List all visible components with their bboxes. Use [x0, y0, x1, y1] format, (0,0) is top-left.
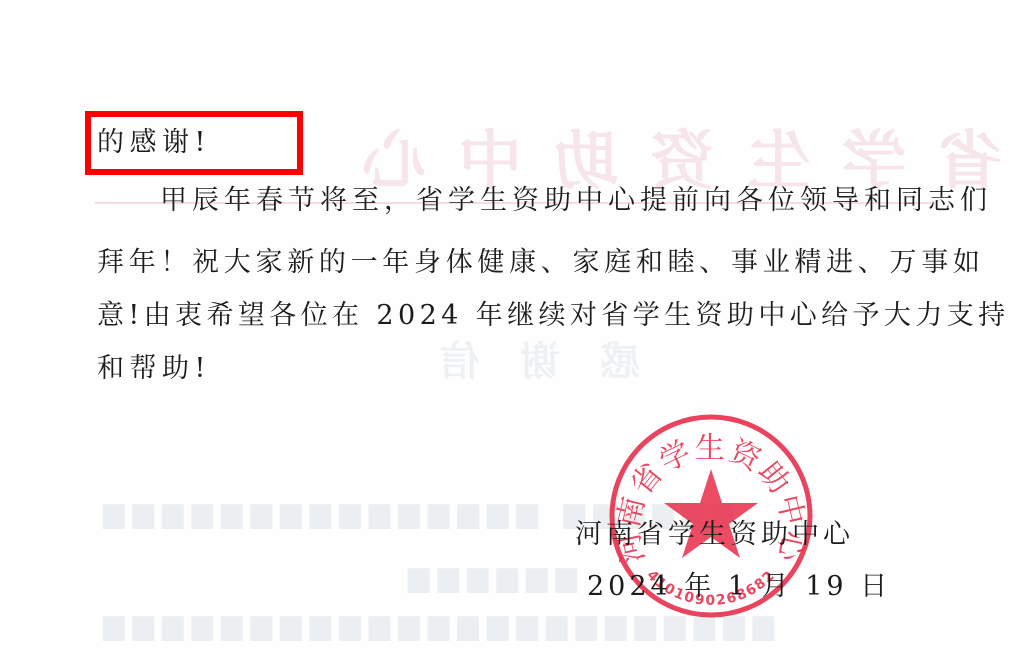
paragraph-line: 拜年！祝大家新的一年身体健康、家庭和睦、事业精进、万事如 — [97, 246, 985, 280]
signature-organization: 河南省学生资助中心 — [575, 512, 854, 551]
highlight-annotation-box — [85, 111, 303, 175]
document-page: 河南省学生资助中心 感谢信 ▆▆▆▆▆▆ ▆▆▆▆▆▆▆▆▆▆▆▆▆▆▆ ▆▆▆… — [0, 0, 1030, 650]
bleed-through-title: 感谢信 — [400, 330, 640, 387]
bleed-through-text: ▆▆▆▆▆▆ — [400, 560, 577, 593]
paragraph-line: 意!由衷希望各位在 2024 年继续对省学生资助中心给予大力支持 — [97, 299, 1010, 333]
paragraph-line: 甲辰年春节将至，省学生资助中心提前向各位领导和同志们 — [160, 184, 992, 218]
signature-date: 2024 年 1 月 19 日 — [587, 564, 891, 603]
paragraph-line: 和帮助! — [97, 352, 211, 386]
